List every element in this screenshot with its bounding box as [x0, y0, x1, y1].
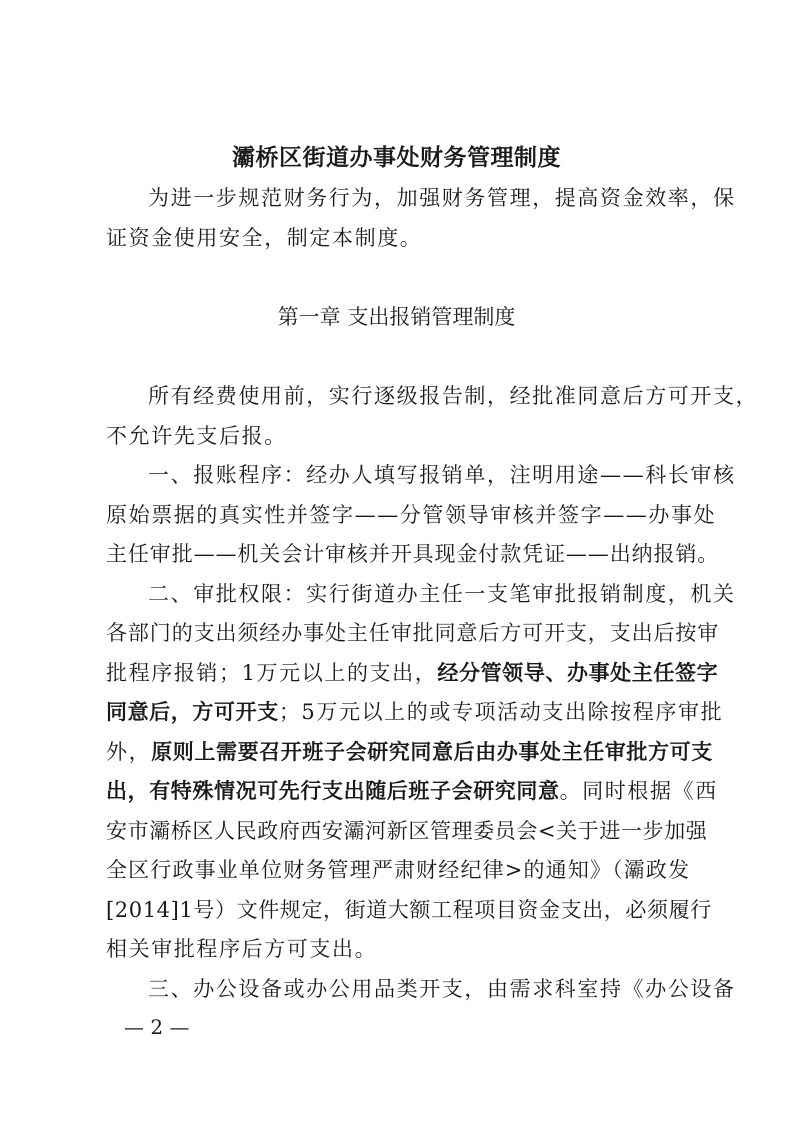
intro-line-1: 为进一步规范财务行为，加强财务管理，提高资金效率，保: [148, 184, 690, 212]
normal-text: 外，: [106, 740, 151, 764]
intro-line-2: 证资金使用安全，制定本制度。: [106, 224, 690, 252]
paragraph-line: 三、办公设备或办公用品类开支，由需求科室持《办公设备: [148, 975, 690, 1003]
normal-text: 批程序报销；1万元以上的支出，: [106, 661, 437, 685]
paragraph-line: 同意后，方可开支；5万元以上的或专项活动支出除按程序审批: [106, 698, 690, 726]
normal-text: ；5万元以上的或专项活动支出除按程序审批: [279, 700, 723, 724]
paragraph-line: 安市灞桥区人民政府西安灞河新区管理委员会<关于进一步加强: [106, 817, 690, 845]
chapter-title: 第一章 支出报销管理制度: [0, 303, 793, 331]
bold-text: 同意后，方可开支: [106, 700, 279, 724]
paragraph-line: 出，有特殊情况可先行支出随后班子会研究同意。同时根据《西: [106, 777, 690, 805]
paragraph-line: 二、审批权限：实行街道办主任一支笔审批报销制度，机关: [148, 580, 690, 608]
paragraph-line: 外，原则上需要召开班子会研究同意后由办事处主任审批方可支: [106, 738, 690, 766]
bold-text: 原则上需要召开班子会研究同意后由办事处主任审批方可支: [151, 740, 713, 764]
bold-text: 出，有特殊情况可先行支出随后班子会研究同意: [106, 779, 560, 803]
page-number: — 2 —: [124, 1014, 189, 1040]
bold-text: 经分管领导、办事处主任签字: [437, 661, 718, 685]
paragraph-line: 不允许先支后报。: [106, 422, 690, 450]
paragraph-line: 全区行政事业单位财务管理严肃财经纪律>的通知》（灞政发: [106, 856, 690, 884]
normal-text: 。同时根据《西: [560, 779, 718, 803]
paragraph-line: 相关审批程序后方可支出。: [106, 935, 690, 963]
paragraph-line: 原始票据的真实性并签字——分管领导审核并签字——办事处: [106, 501, 690, 529]
paragraph-line: 各部门的支出须经办事处主任审批同意后方可开支，支出后按审: [106, 619, 690, 647]
paragraph-line: 批程序报销；1万元以上的支出，经分管领导、办事处主任签字: [106, 659, 690, 687]
document-title: 灞桥区街道办事处财务管理制度: [0, 143, 793, 173]
paragraph-line: 所有经费使用前，实行逐级报告制，经批准同意后方可开支，: [148, 382, 690, 410]
paragraph-line: 一、报账程序：经办人填写报销单，注明用途——科长审核: [148, 461, 690, 489]
paragraph-line: 主任审批——机关会计审核并开具现金付款凭证——出纳报销。: [106, 540, 690, 568]
paragraph-line: [2014]1号）文件规定，街道大额工程项目资金支出，必须履行: [106, 896, 690, 924]
